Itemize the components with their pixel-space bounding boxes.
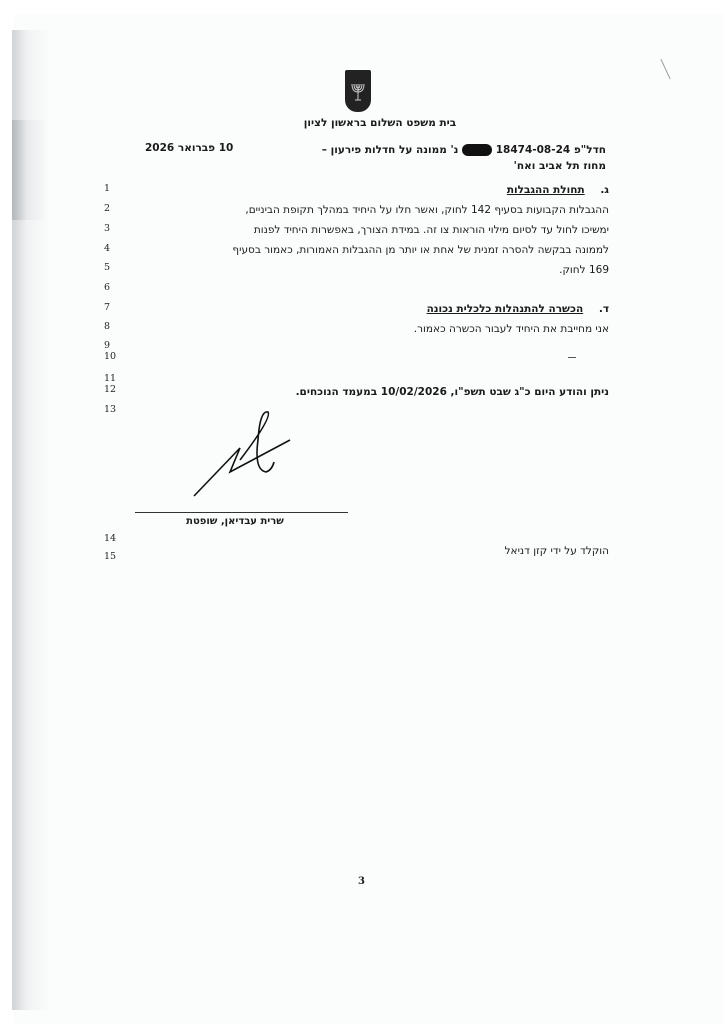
- paragraph-line: ההגבלות הקבועות בסעיף 142 לחוק, ואשר חלו…: [232, 200, 609, 220]
- section-title: תחולת ההגבלות: [507, 184, 585, 196]
- paragraph-line: אני מחייבת את היחיד לעבור הכשרה כאמור.: [414, 319, 609, 339]
- scan-shadow-blotch: [12, 120, 48, 220]
- section-g: ג. תחולת ההגבלות ההגבלות הקבועות בסעיף 1…: [232, 180, 609, 280]
- given-statement: ניתן והודע היום כ"ג שבט תשפ"ו, 10/02/202…: [296, 382, 609, 402]
- signature-line: [135, 512, 348, 513]
- scan-artifact: [660, 59, 670, 79]
- line-number: 3: [104, 223, 110, 234]
- line-number: 14: [104, 533, 116, 544]
- line-number: 4: [104, 243, 110, 254]
- line-number: 15: [104, 551, 116, 562]
- line-number: 2: [104, 203, 110, 214]
- paragraph-line: לממונה בבקשה להסרה זמנית של אחת או יותר …: [232, 240, 609, 260]
- court-name: בית משפט השלום בראשון לציון: [280, 117, 480, 129]
- redaction-mark: [462, 144, 492, 156]
- case-header: חדל"פ 18474-08-24 נ' ממונה על חדלות פירע…: [296, 142, 606, 174]
- section-d: ד. הכשרה להתנהלות כלכלית נכונה אני מחייב…: [414, 299, 609, 339]
- line-number: 13: [104, 404, 116, 415]
- section-letter: ג.: [600, 184, 609, 196]
- line-number: 12: [104, 384, 116, 395]
- state-emblem-icon: [345, 70, 371, 112]
- document-date: 10 פברואר 2026: [145, 142, 233, 154]
- line-number: 6: [104, 282, 110, 293]
- line-number: 10: [104, 351, 116, 362]
- scan-margin-top: [0, 0, 724, 14]
- case-parties-continued: מחוז תל אביב ואח': [296, 158, 606, 174]
- line-number: 9: [104, 340, 110, 351]
- paragraph-line: 169 לחוק.: [232, 260, 609, 280]
- line-number: 8: [104, 321, 110, 332]
- section-letter: ד.: [599, 303, 609, 315]
- typist-note: הוקלד על ידי קזן דניאל: [505, 545, 609, 557]
- line-number: 7: [104, 302, 110, 313]
- line-number: 5: [104, 262, 110, 273]
- section-heading: ד. הכשרה להתנהלות כלכלית נכונה: [414, 299, 609, 319]
- judge-signature-icon: [180, 410, 300, 504]
- stray-mark: [568, 357, 576, 358]
- paragraph-line: ימשיכו לחול עד לסיום מילוי הוראות צו זה.…: [232, 220, 609, 240]
- section-heading: ג. תחולת ההגבלות: [232, 180, 609, 200]
- case-number: חדל"פ 18474-08-24: [496, 144, 606, 156]
- case-parties: נ' ממונה על חדלות פירעון –: [322, 144, 459, 156]
- judge-name: שרית עבדיאן, שופטת: [180, 516, 290, 527]
- line-number: 1: [104, 183, 110, 194]
- page-number: 3: [358, 876, 365, 887]
- section-title: הכשרה להתנהלות כלכלית נכונה: [427, 303, 584, 315]
- line-number: 11: [104, 373, 116, 384]
